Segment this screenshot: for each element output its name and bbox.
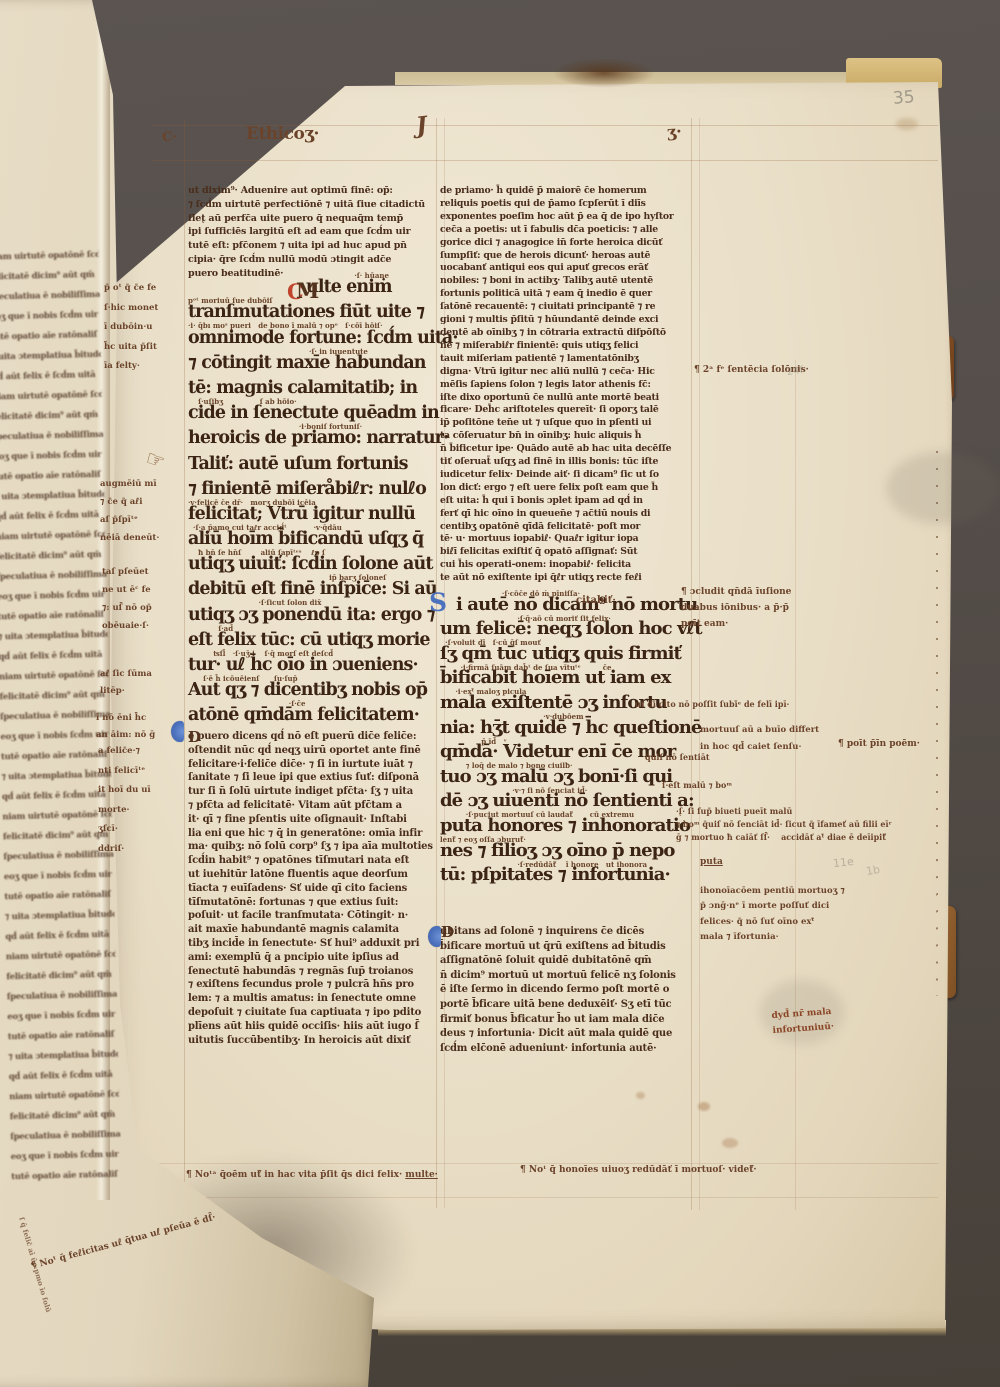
margin-note-line: aſ p̄ſpīᵗᵉ bbox=[100, 512, 188, 530]
margin-note: ¶ ɔcludit qn̄dā īuſioneduabus iōnibus· a… bbox=[681, 585, 866, 632]
margin-note: ¶ Noᵗ q̄ honoīes uiuoʒ redūdāť ī mortuoſ… bbox=[520, 1164, 830, 1177]
margin-note-line: nti felicīᵗᵉ bbox=[98, 762, 190, 782]
margin-note-line: ſ·eſt malū ⁊ boᵐ bbox=[662, 780, 807, 791]
margin-note-line: ʒſcī· bbox=[98, 820, 190, 840]
margin-note-line: ⁊ boᵐ q̄uiſ nō ſenciāt id̄· ſicut q̄ īfa… bbox=[676, 818, 966, 831]
margin-note-line: ¶ ɔcludit qn̄dā īuſione bbox=[681, 585, 866, 601]
margin-note-line: p̄ ɔnḡ·nᵉ ī morte poſſuť dici bbox=[700, 899, 925, 914]
margin-note-line: morte· bbox=[98, 801, 190, 821]
pencil-mark: 11e bbox=[832, 855, 854, 870]
margin-note: a felic̄e·⁊nti felicīᵗᵉit hoī du uīmorte… bbox=[98, 742, 190, 859]
margin-note: citabiť· bbox=[576, 594, 646, 608]
margin-note-line: p̄ oᵗ q̄ c̄e fe bbox=[104, 279, 188, 299]
margin-note-line: q̄uiſ nō ſentiāt bbox=[645, 752, 775, 763]
margin-note-line: mala ⁊ īfortunia· bbox=[700, 930, 925, 945]
margin-note-line: nēiā deneūt· bbox=[100, 530, 188, 548]
margin-note: taſ pſeūetne ut ēᶜ fe⁊: uſ̄ nō op̄obēuai… bbox=[102, 564, 188, 635]
underlined-word: multe· bbox=[405, 1169, 438, 1182]
margin-note-line: duabus iōnibus· a p̄·p̄ bbox=[681, 601, 866, 617]
margin-note-line: ut dī̄ cito nō poſſit ſubī̄ᵉ de felī ipī… bbox=[635, 699, 945, 710]
margin-note-line: ḡ ⁊ mortuo ħ caiāť ſſ̄· accidāť aᵗ̄ diae… bbox=[676, 831, 966, 844]
margin-note-line: īa felty· bbox=[104, 357, 188, 377]
margin-note-line: ·ſ̨· ſi ſup̄ biueti pueīt malū bbox=[676, 805, 966, 818]
margin-note: ī nō ēni h̄can āim: nō ḡ bbox=[96, 710, 190, 744]
margin-note-line: h̄c uita p̄ſit bbox=[104, 338, 188, 358]
margin-note-line: felices· q̄ nō ſuť oīno exᵗ̄ bbox=[700, 915, 925, 930]
margin-note-line: augmēiū mī bbox=[100, 476, 188, 494]
margin-note-line: ne ut ēᶜ fe bbox=[102, 582, 188, 600]
margin-note-line: ¶ Noᵗᵃ q̄oēm uť̄ in hac vita p̄ſit q̄s d… bbox=[186, 1169, 486, 1182]
margin-note-line: mortuuſ aū a buīo differt bbox=[700, 722, 945, 739]
margin-note-line: ¶ poīt p̄īn poēm· bbox=[838, 738, 973, 751]
margin-note-line: aℓ ſic ſūma bbox=[100, 666, 190, 683]
margin-note-line: litēp· bbox=[100, 683, 190, 700]
margin-note-line: ī dubōin·u bbox=[104, 318, 188, 338]
margin-note-line: obēuaie·ſ· bbox=[102, 618, 188, 636]
margin-note-line: ī nō ēni h̄c bbox=[96, 710, 190, 727]
margin-notes-layer: p̄ oᵗ q̄ c̄e feſ·hic monetī dubōin·uh̄c … bbox=[0, 0, 1000, 1387]
margin-note-line: ⁊ c̄e q̄ aℓi bbox=[100, 494, 188, 512]
margin-note: ſ·eſt malū ⁊ boᵐ bbox=[662, 780, 807, 791]
margin-note: ¶ poīt p̄īn poēm· bbox=[838, 738, 973, 751]
margin-note-line: ſ·hic monet bbox=[104, 299, 188, 319]
pencil-mark: 1b bbox=[865, 863, 881, 878]
margin-note-line: ⁊: uſ̄ nō op̄ bbox=[102, 600, 188, 618]
margin-note-line: ¶ Noᵗ q̄ honoīes uiuoʒ redūdāť ī mortuoſ… bbox=[520, 1164, 830, 1177]
margin-note: dyd̄ nr̄ malainfortuniuū· bbox=[771, 999, 918, 1040]
margin-note: ut dī̄ cito nō poſſit ſubī̄ᵉ de felī ipī… bbox=[635, 699, 945, 710]
margin-note-line: puta bbox=[700, 856, 760, 869]
margin-note-line: ddriſ· bbox=[98, 840, 190, 860]
margin-note-line: taſ pſeūet bbox=[102, 564, 188, 582]
margin-note: augmēiū mī⁊ c̄e q̄ aℓiaſ p̄ſpīᵗᵉnēiā den… bbox=[100, 476, 188, 547]
margin-note-line: poīt eam· bbox=[681, 617, 866, 633]
margin-note: puta bbox=[700, 856, 760, 869]
margin-note: p̄ oᵗ q̄ c̄e feſ·hic monetī dubōin·uh̄c … bbox=[104, 279, 188, 377]
margin-note: ¶ Noᵗᵃ q̄oēm uť̄ in hac vita p̄ſit q̄s d… bbox=[186, 1169, 486, 1182]
margin-note-line: ihonoīacōem pentiū mortuoʒ ⁊ bbox=[700, 884, 925, 899]
margin-note: ·ſ̨· ſi ſup̄ biueti pueīt malū⁊ boᵐ q̄ui… bbox=[676, 805, 966, 843]
margin-note-line: a felic̄e·⁊ bbox=[98, 742, 190, 762]
manuscript-photo: C· Ethicoʒ· J ʒ· ut dixim⁹· Aduenire aut… bbox=[0, 0, 1000, 1387]
margin-note: ihonoīacōem pentiū mortuoʒ ⁊p̄ ɔnḡ·nᵉ ī … bbox=[700, 884, 925, 945]
margin-note-line: citabiť· bbox=[576, 594, 646, 608]
margin-note: q̄uiſ nō ſentiāt bbox=[645, 752, 775, 763]
margin-note-line: it hoī du uī bbox=[98, 781, 190, 801]
pencil-mark: 35 bbox=[892, 87, 915, 109]
pencil-mark: 24ſ bbox=[786, 365, 804, 378]
margin-note: aℓ ſic ſūmalitēp· bbox=[100, 666, 190, 700]
